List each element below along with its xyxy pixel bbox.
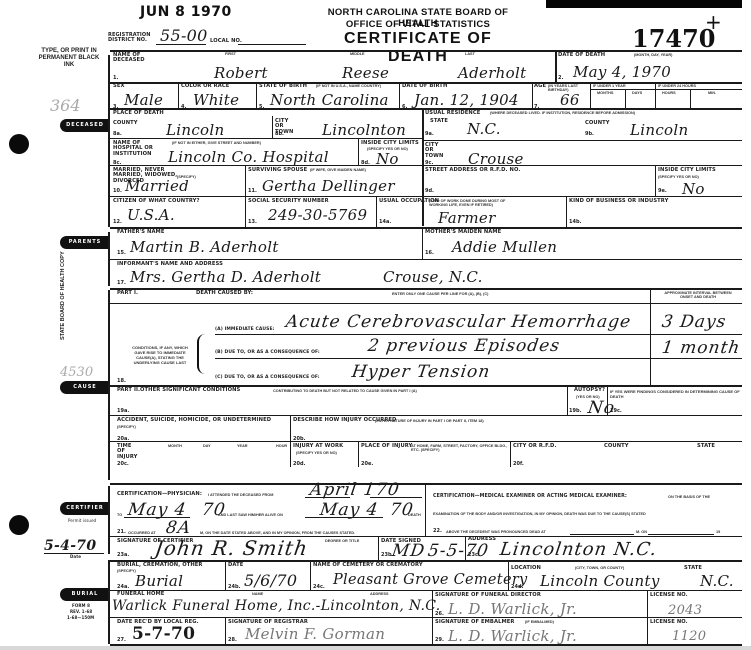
scan-edge <box>0 646 751 650</box>
conditions-label: CONDITIONS, IF ANY, WHICH GAVE RISE TO I… <box>132 345 188 365</box>
injury-state-label: STATE <box>697 444 715 449</box>
certifier-degree: MD <box>391 541 427 561</box>
tab-parents: PARENTS <box>60 236 110 249</box>
date-of-death: May 4, 1970 <box>573 63 671 81</box>
director-license-label: LICENSE NO. <box>650 593 688 598</box>
me-cert-label: CERTIFICATION—MEDICAL EXAMINER OR ACTING… <box>433 494 627 499</box>
received-date: 5-7-70 <box>132 624 195 644</box>
residence-county: Lincoln <box>630 121 688 139</box>
other-conditions-label: OTHER SIGNIFICANT CONDITIONS <box>140 388 240 393</box>
dob-value: Jan. 12, 1904 <box>414 91 519 109</box>
document-title: CERTIFICATE OF DEATH <box>318 30 518 66</box>
certifier-address-label: ADDRESS <box>468 537 496 542</box>
place-of-death-label: PLACE OF DEATH <box>113 111 164 116</box>
embalmer-license: 1120 <box>672 629 706 644</box>
due-to-c: Hyper Tension <box>351 362 492 382</box>
marital-status: Married <box>125 177 189 195</box>
registrar-signature: Melvin F. Gorman <box>245 625 385 643</box>
certificate-number: 17470 <box>632 24 716 53</box>
corner-mark: + <box>705 10 722 34</box>
deceased-last-name: Aderholt <box>458 64 526 82</box>
surviving-spouse: Gertha Dellinger <box>262 177 395 195</box>
physician-cert-label: CERTIFICATION—PHYSICIAN: <box>117 492 202 497</box>
spouse-label: SURVIVING SPOUSE <box>248 168 307 173</box>
interval-label: APPROXIMATE INTERVAL BETWEEN ONSET AND D… <box>658 291 738 299</box>
residence-label: USUAL RESIDENCE <box>425 111 480 116</box>
binder-hole-top <box>9 134 29 154</box>
sex-label: SEX <box>113 84 125 89</box>
death-caused-label: DEATH CAUSED BY: <box>196 291 253 296</box>
redaction-bar <box>546 0 742 8</box>
received-stamp: JUN 8 1970 <box>140 4 232 20</box>
certifier-address: Lincolnton N.C. <box>499 539 659 560</box>
location-label: LOCATION <box>511 566 541 571</box>
injury-county-label: COUNTY <box>604 444 629 449</box>
father-name: Martin B. Aderholt <box>130 238 279 256</box>
race-value: White <box>193 91 239 109</box>
deceased-middle-name: Reese <box>342 64 389 82</box>
death-time: 8A <box>165 518 193 538</box>
autopsy-label: AUTOPSY? <box>574 388 605 393</box>
director-signature-label: SIGNATURE OF FUNERAL DIRECTOR <box>435 593 541 598</box>
manner-label: ACCIDENT, SUICIDE, HOMICIDE, OR UNDETERM… <box>117 418 271 423</box>
citizenship: U.S.A. <box>127 206 175 224</box>
funeral-home: Warlick Funeral Home, Inc.-Lincolnton, N… <box>112 598 441 614</box>
injury-place-label: PLACE OF INJURY <box>361 444 412 449</box>
race-label: COLOR OR RACE <box>181 84 229 89</box>
death-inside-city-label: INSIDE CITY LIMITS <box>361 141 419 146</box>
residence-state: N.C. <box>467 120 501 138</box>
disposition: Burial <box>135 572 183 590</box>
form-print-run: 1-68—150M <box>67 616 94 620</box>
permit-issued-label: Permit issued <box>68 519 96 523</box>
injury-time-label: TIME OF INJURY <box>117 444 141 460</box>
burial-state: N.C. <box>700 572 734 590</box>
immediate-cause: Acute Cerebrovascular Hemorrhage <box>285 312 633 332</box>
burial-location: Lincoln County <box>540 572 660 590</box>
embalmer-signature: L. D. Warlick, Jr. <box>448 627 577 645</box>
due-to-b: 2 previous Episodes <box>367 336 562 356</box>
death-city: Lincolnton <box>322 121 406 139</box>
director-license: 2043 <box>668 603 702 618</box>
binder-hole-bottom <box>9 515 29 535</box>
disposition-label: BURIAL, CREMATION, OTHER <box>117 563 203 568</box>
date-signed: 5-5-70 <box>427 541 491 561</box>
dob-label: DATE OF BIRTH <box>402 84 447 89</box>
burial-state-label: STATE <box>684 566 702 571</box>
part-2-label: PART II. <box>117 388 140 393</box>
tab-deceased: DECEASED <box>60 119 110 132</box>
form-revision: REV. 1-68 <box>70 610 92 614</box>
tab-certifier: CERTIFIER <box>60 502 110 515</box>
hospital-name: Lincoln Co. Hospital <box>168 148 329 166</box>
death-county: Lincoln <box>166 121 224 139</box>
burial-date-label: DATE <box>228 563 243 568</box>
permit-date-label: Date <box>70 555 81 559</box>
occupation: Farmer <box>438 209 496 227</box>
interval-a: 3 Days <box>661 312 728 332</box>
father-label: FATHER'S NAME <box>117 230 164 235</box>
pencil-note-1: 364 <box>50 96 81 115</box>
birth-state-label: STATE OF BIRTH <box>259 84 307 89</box>
tab-burial: BURIAL <box>60 588 110 601</box>
informant-name: Mrs. Gertha D. Aderholt <box>130 268 321 286</box>
embalmer-license-label: LICENSE NO. <box>650 620 688 625</box>
ink-instruction: TYPE, OR PRINT IN PERMANENT BLACK INK <box>38 48 100 69</box>
registration-district-value: 55-00 <box>160 26 208 45</box>
cemetery-label: NAME OF CEMETERY OR CREMATORY <box>313 563 423 568</box>
injury-city-label: CITY OR R.F.D. <box>513 444 557 449</box>
cemetery-name: Pleasant Grove Cemetery <box>333 572 528 588</box>
injury-at-work-label: INJURY AT WORK <box>293 444 343 449</box>
industry-label: KIND OF BUSINESS OR INDUSTRY <box>569 199 668 204</box>
deceased-first-name: Robert <box>214 64 268 82</box>
residence-inside-city-label: INSIDE CITY LIMITS <box>658 168 716 173</box>
deceased-name-label: NAME OF DECEASED <box>113 53 153 64</box>
line-b-label: (b) DUE TO, OR AS A CONSEQUENCE OF: <box>215 351 320 356</box>
form-number: FORM 8 <box>72 604 90 608</box>
agency-line-2: OFFICE OF VITAL STATISTICS <box>318 19 518 30</box>
funeral-home-label: FUNERAL HOME <box>117 592 164 597</box>
copy-label: STATE BOARD OF HEALTH COPY <box>60 280 66 340</box>
line-c-label: (c) DUE TO, OR AS A CONSEQUENCE OF: <box>215 376 320 381</box>
part-1-label: PART I. <box>117 291 138 296</box>
informant-label: INFORMANT'S NAME AND ADDRESS <box>117 262 223 267</box>
permit-date: 5-4-70 <box>44 538 96 554</box>
registration-district-label: REGISTRATION DISTRICT NO. <box>108 33 152 44</box>
date-of-death-label: DATE OF DEATH <box>558 53 605 58</box>
burial-date: 5/6/70 <box>244 571 297 590</box>
interval-b: 1 month <box>661 338 742 358</box>
findings-label: IF YES WERE FINDINGS CONSIDERED IN DETER… <box>610 389 740 399</box>
tab-cause: CAUSE <box>60 381 110 394</box>
hospital-label: NAME OF HOSPITAL OR INSTITUTION <box>113 141 153 157</box>
death-county-label: COUNTY <box>113 121 138 126</box>
pencil-note-2: 4530 <box>60 365 93 380</box>
age-label: AGE <box>534 84 546 89</box>
mother-name: Addie Mullen <box>452 238 557 256</box>
birth-state-value: North Carolina <box>270 91 389 109</box>
embalmer-signature-label: SIGNATURE OF EMBALMER <box>435 620 515 625</box>
last-saw-year: 70 <box>389 500 415 520</box>
director-signature: L. D. Warlick, Jr. <box>448 600 577 618</box>
citizen-label: CITIZEN OF WHAT COUNTRY? <box>113 199 200 204</box>
line-a-label: (a) IMMEDIATE CAUSE: <box>215 328 275 333</box>
age-value: 66 <box>560 91 580 109</box>
sex-value: Male <box>124 91 163 109</box>
mother-label: MOTHER'S MAIDEN NAME <box>425 230 501 235</box>
attended-to-year: 70 <box>201 500 227 520</box>
residence-street-label: STREET ADDRESS OR R.F.D. No. <box>425 168 520 173</box>
residence-county-label: COUNTY <box>585 121 610 126</box>
certifier-signature: John R. Smith <box>153 536 309 560</box>
residence-state-label: STATE <box>430 119 448 124</box>
residence-city-label: CITY OR TOWN <box>425 143 447 159</box>
ssn-value: 249-30-5769 <box>268 206 367 224</box>
informant-address: Crouse, N.C. <box>383 268 483 286</box>
ssn-label: SOCIAL SECURITY NUMBER <box>248 199 329 204</box>
